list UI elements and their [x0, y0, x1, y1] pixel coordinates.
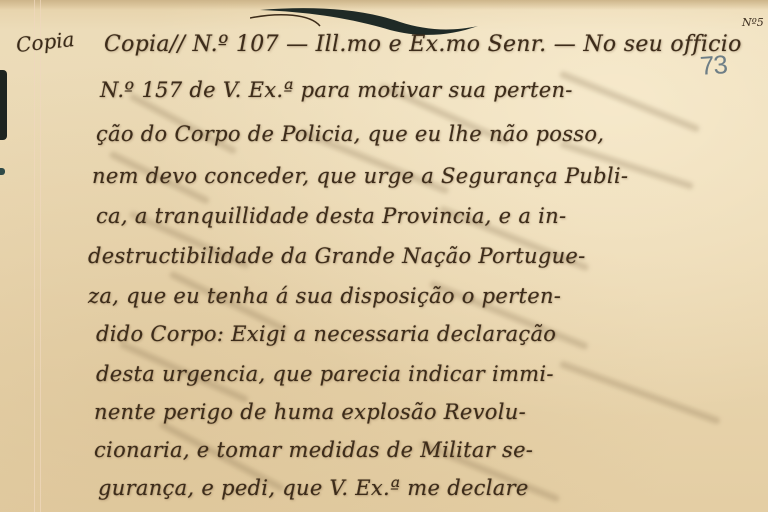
- manuscript-line-2: N.º 157 de V. Ex.ª para motivar sua pert…: [100, 78, 573, 102]
- manuscript-line-3: ção do Corpo de Policia, que eu lhe não …: [96, 122, 604, 146]
- manuscript-line-9: desta urgencia, que parecia indicar immi…: [96, 362, 554, 386]
- archive-number: Nº5: [742, 16, 764, 29]
- manuscript-line-6: destructibilidade da Grande Nação Portug…: [88, 244, 586, 268]
- ink-bleed: [559, 360, 721, 425]
- manuscript-line-10: nente perigo de huma explosão Revolu-: [94, 400, 526, 424]
- manuscript-line-4: nem devo conceder, que urge a Segurança …: [92, 164, 628, 188]
- manuscript-line-1: Copia// N.º 107 — Ill.mo e Ex.mo Senr. —…: [104, 32, 742, 57]
- manuscript-line-7: za, que eu tenha á sua disposição o pert…: [88, 284, 561, 308]
- margin-line: [34, 0, 35, 512]
- manuscript-line-8: dido Corpo: Exigi a necessaria declaraçã…: [96, 322, 556, 346]
- margin-line: [40, 0, 41, 512]
- binding-mark: [0, 70, 7, 140]
- binding-dot: [0, 168, 5, 175]
- manuscript-line-12: gurança, e pedi, que V. Ex.ª me declare: [98, 476, 529, 500]
- manuscript-page: Copia Nº5 73 Copia// N.º 107 — Ill.mo e …: [0, 0, 768, 512]
- copy-label: Copia: [15, 27, 76, 57]
- manuscript-line-5: ca, a tranquillidade desta Provincia, e …: [96, 204, 566, 228]
- manuscript-line-11: cionaria, e tomar medidas de Militar se-: [94, 438, 533, 462]
